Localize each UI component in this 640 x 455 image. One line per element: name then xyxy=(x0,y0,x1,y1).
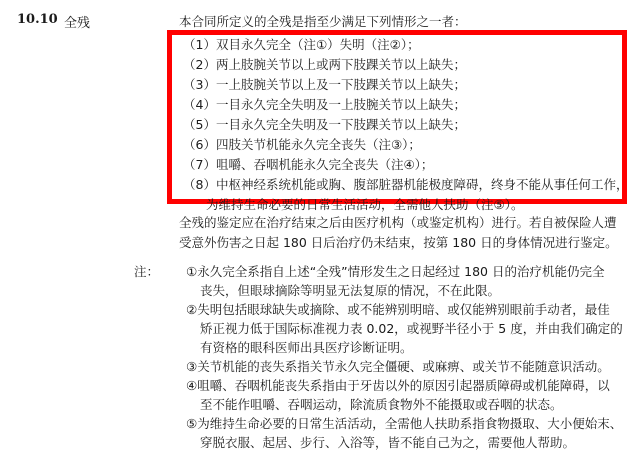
list-item: （3）一上肢腕关节以上及一下肢踝关节以上缺失； xyxy=(183,75,466,93)
list-item: （5）一目永久完全失明及一下肢踝关节以上缺失； xyxy=(183,115,466,133)
list-item-continuation: 为维持生命必要的日常生活活动，全需他人扶助（注⑤）。 xyxy=(206,195,523,213)
list-item: （6）四肢关节机能永久完全丧失（注③）； xyxy=(183,135,421,153)
note-2: ②失明包括眼球缺失或摘除、或不能辨别明暗、或仅能辨别眼前手动者，最佳 xyxy=(186,300,610,318)
note-1: ①永久完全系指自上述“全残”情形发生之日起经过 180 日的治疗机能仍完全 xyxy=(186,262,604,280)
list-item: （1）双目永久完全（注①）失明（注②）； xyxy=(183,35,420,53)
note-4-cont: 至不能作咀嚼、吞咽运动，除流质食物外不能摄取或吞咽的状态。 xyxy=(200,395,563,413)
note-5: ⑤为维持生命必要的日常生活活动，全需他人扶助系指食物摄取、大小便始末、 xyxy=(186,414,622,432)
note-2-cont: 有资格的眼科医师出具医疗诊断证明。 xyxy=(200,338,413,356)
list-item: （8）中枢神经系统机能或胸、腹部脏器机能极度障碍，终身不能从事任何工作， xyxy=(183,175,628,193)
section-number: 10.10 xyxy=(17,12,58,27)
notes-label: 注： xyxy=(134,262,159,280)
list-item: （7）咀嚼、吞咽机能永久完全丧失（注④）； xyxy=(183,155,433,173)
list-item: （2）两上肢腕关节以上或两下肢踝关节以上缺失； xyxy=(183,55,466,73)
section-intro: 本合同所定义的全残是指至少满足下列情形之一者： xyxy=(179,12,467,30)
note-3: ③关节机能的丧失系指关节永久完全僵硬、或麻痹、或关节不能随意识活动。 xyxy=(186,357,610,375)
list-item: （4）一目永久完全失明及一上肢腕关节以上缺失； xyxy=(183,95,466,113)
section-title: 全残 xyxy=(64,12,90,31)
note-1-cont: 丧失，但眼球摘除等明显无法复原的情况，不在此限。 xyxy=(200,281,500,299)
note-5-cont: 穿脱衣服、起居、步行、入浴等，皆不能自己为之，需要他人帮助。 xyxy=(200,433,575,451)
note-4: ④咀嚼、吞咽机能丧失系指由于牙齿以外的原因引起器质障碍或机能障碍，以 xyxy=(186,376,610,394)
note-2-cont: 矫正视力低于国际标准视力表 0.02，或视野半径小于 5 度，并由我们确定的 xyxy=(200,319,623,337)
assessment-paragraph: 全残的鉴定应在治疗结束之后由医疗机构（或鉴定机构）进行。若自被保险人遭 xyxy=(179,213,617,231)
assessment-paragraph: 受意外伤害之日起 180 日后治疗仍未结束，按第 180 日的身体情况进行鉴定。 xyxy=(179,233,618,251)
